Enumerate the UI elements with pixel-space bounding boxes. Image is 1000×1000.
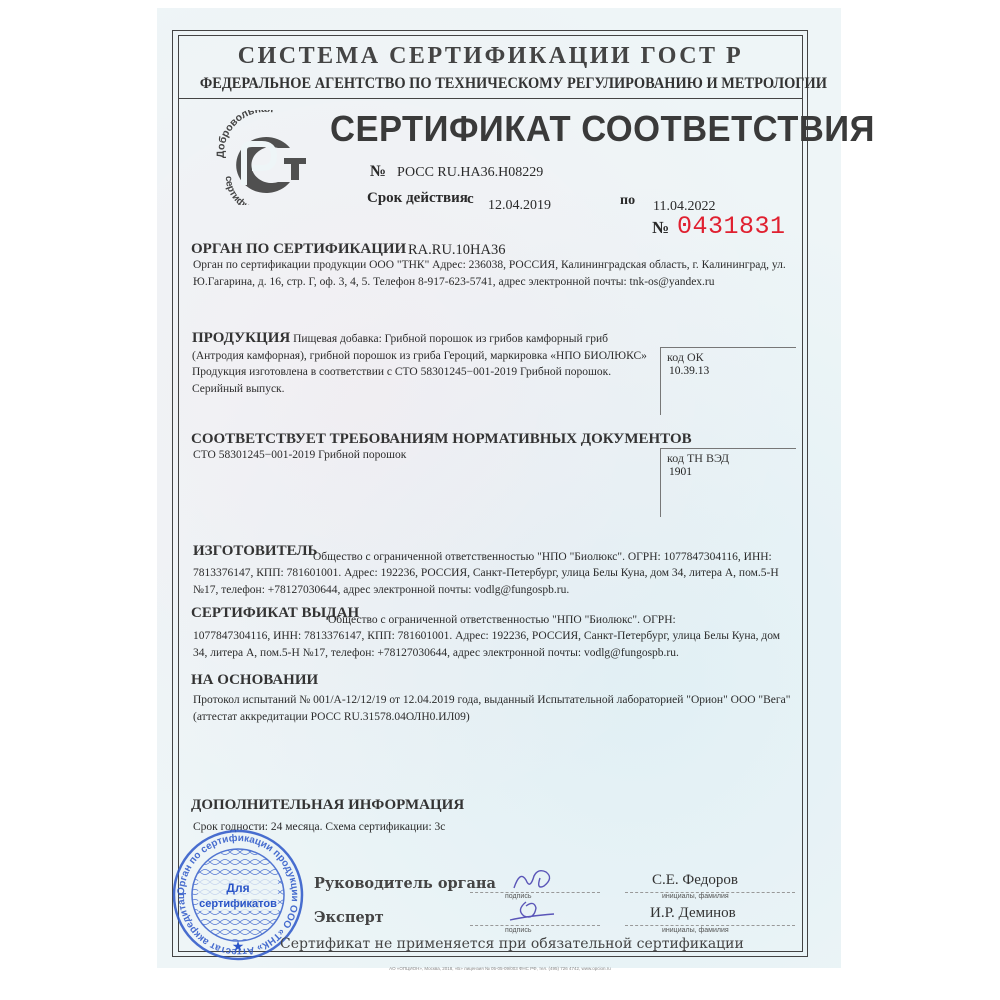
certificate-number: РОСС RU.НА36.Н08229 (397, 165, 543, 181)
product-text-first: Пищевая добавка: Грибной порошок из гриб… (293, 333, 608, 345)
okp-code-box: код ОК 10.39.13 (660, 347, 796, 415)
expert-name: И.Р. Деминов (650, 905, 736, 922)
okp-code-value: 10.39.13 (669, 365, 709, 377)
tnved-code-label: код ТН ВЭД (667, 451, 729, 466)
manufacturer-text-first: Общество с ограниченной ответственностью… (313, 549, 772, 566)
validity-label: Срок действия (367, 190, 468, 207)
system-title: СИСТЕМА СЕРТИФИКАЦИИ ГОСТ Р (178, 43, 803, 70)
conformity-text: СТО 58301245−001-2019 Грибной порошок (193, 447, 406, 464)
number-label: № (370, 163, 386, 181)
basis-text: Протокол испытаний № 001/А-12/12/19 от 1… (193, 692, 793, 725)
conformity-heading: СООТВЕТСТВУЕТ ТРЕБОВАНИЯМ НОРМАТИВНЫХ ДО… (191, 431, 692, 448)
tnved-code-box: код ТН ВЭД 1901 (660, 448, 796, 517)
head-label: Руководитель органа (314, 875, 496, 892)
stamp-center-bottom: сертификатов (199, 898, 277, 910)
header-divider (178, 98, 803, 99)
issued-to-text-rest: 1077847304116, ИНН: 7813376147, КПП: 781… (193, 628, 793, 661)
expert-signature-icon (508, 896, 558, 931)
product-heading: ПРОДУКЦИЯ (192, 330, 290, 346)
svg-text:★: ★ (232, 940, 245, 955)
additional-heading: ДОПОЛНИТЕЛЬНАЯ ИНФОРМАЦИЯ (191, 797, 464, 814)
mandatory-note: Сертификат не применяется при обязательн… (280, 936, 744, 952)
certificate-title: СЕРТИФИКАТ СООТВЕТСТВИЯ (330, 108, 875, 150)
expert-name-line (625, 925, 795, 926)
expert-label: Эксперт (314, 909, 384, 926)
expert-name-caption: инициалы, фамилия (662, 927, 729, 934)
serial-label: № (652, 218, 669, 238)
head-name: С.Е. Федоров (652, 872, 738, 889)
valid-from-date: 12.04.2019 (488, 198, 551, 214)
cert-body-heading: ОРГАН ПО СЕРТИФИКАЦИИ (191, 241, 406, 258)
issued-to-text-first: Общество с ограниченной ответственностью… (328, 612, 676, 629)
manufacturer-text-rest: 7813376147, КПП: 781601001. Адрес: 19223… (193, 565, 793, 598)
basis-heading: НА ОСНОВАНИИ (191, 672, 318, 689)
head-name-caption: инициалы, фамилия (662, 893, 729, 900)
stamp-center-top: Для (226, 881, 249, 895)
cert-body-text: Орган по сертификации продукции ООО "ТНК… (193, 257, 793, 290)
validity-to-label: по (620, 193, 635, 209)
rst-logo-icon: Добровольная сертификация (212, 110, 317, 205)
manufacturer-heading: ИЗГОТОВИТЕЛЬ (193, 543, 317, 560)
printer-footer: АО «ОПЦИОН», Москва, 2018, «Б» лицензия … (170, 966, 830, 971)
serial-number: 0431831 (677, 212, 786, 241)
okp-code-label: код ОК (667, 350, 704, 365)
validity-from-label: с (467, 191, 474, 208)
tnved-code-value: 1901 (669, 466, 692, 478)
product-text-rest: (Антродия камфорная), грибной порошок из… (192, 350, 647, 395)
agency-title: ФЕДЕРАЛЬНОЕ АГЕНТСТВО ПО ТЕХНИЧЕСКОМУ РЕ… (200, 75, 781, 93)
product-block: ПРОДУКЦИЯ Пищевая добавка: Грибной порош… (192, 330, 652, 397)
